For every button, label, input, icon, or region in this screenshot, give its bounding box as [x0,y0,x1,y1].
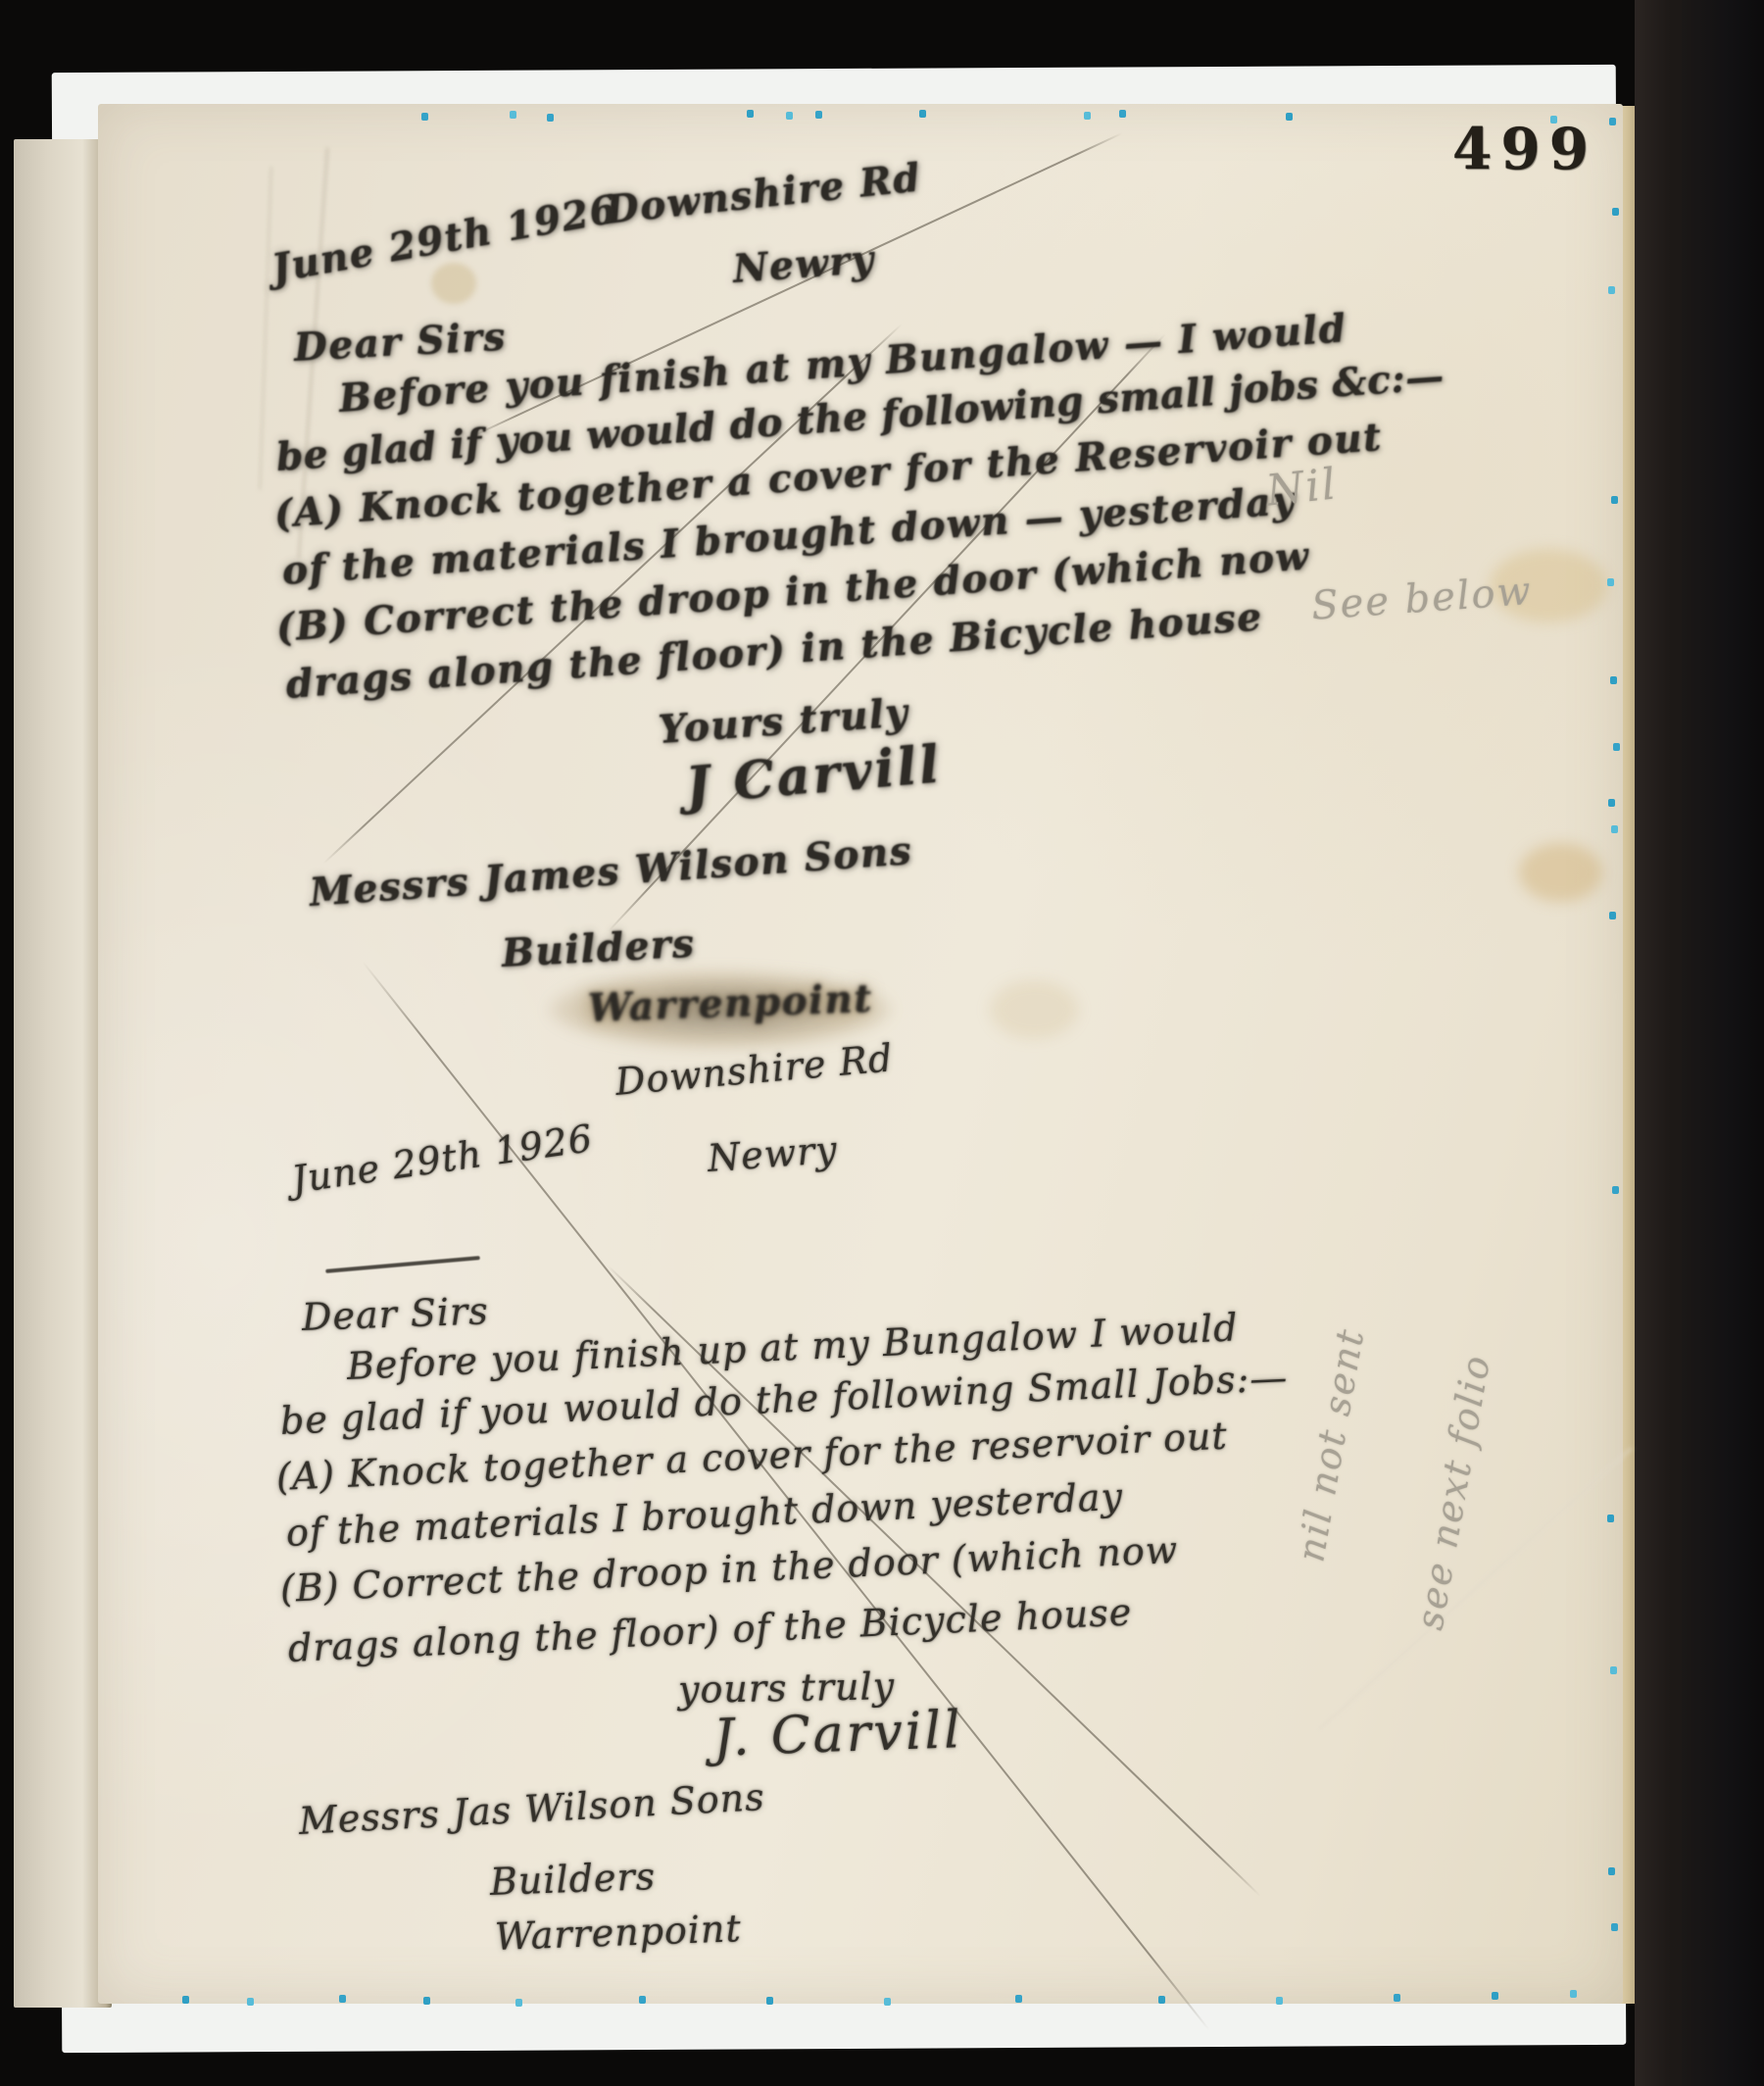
previous-page-edge [14,139,112,2008]
folio-number: 499 [1452,116,1597,182]
book-cover-inner-edge [1635,0,1686,2086]
letter2-recipient-line: Builders [489,1855,657,1904]
blue-specks-right-edge [0,0,7,8]
letterbook-scan: 499 Downshire Rd Newry June 29th 1926 De… [0,0,1764,2086]
letter2-recipient-line: Warrenpoint [494,1907,742,1959]
stain [990,980,1078,1039]
stain [431,263,476,304]
letter2-salutation: Dear Sirs [301,1289,489,1339]
stain [1519,843,1602,902]
letter2-signature: J. Carvill [712,1701,964,1768]
book-cover [1682,0,1764,2086]
letter2-address-line-2: Newry [706,1128,839,1180]
pencil-note-nil: Nil [1264,459,1341,516]
